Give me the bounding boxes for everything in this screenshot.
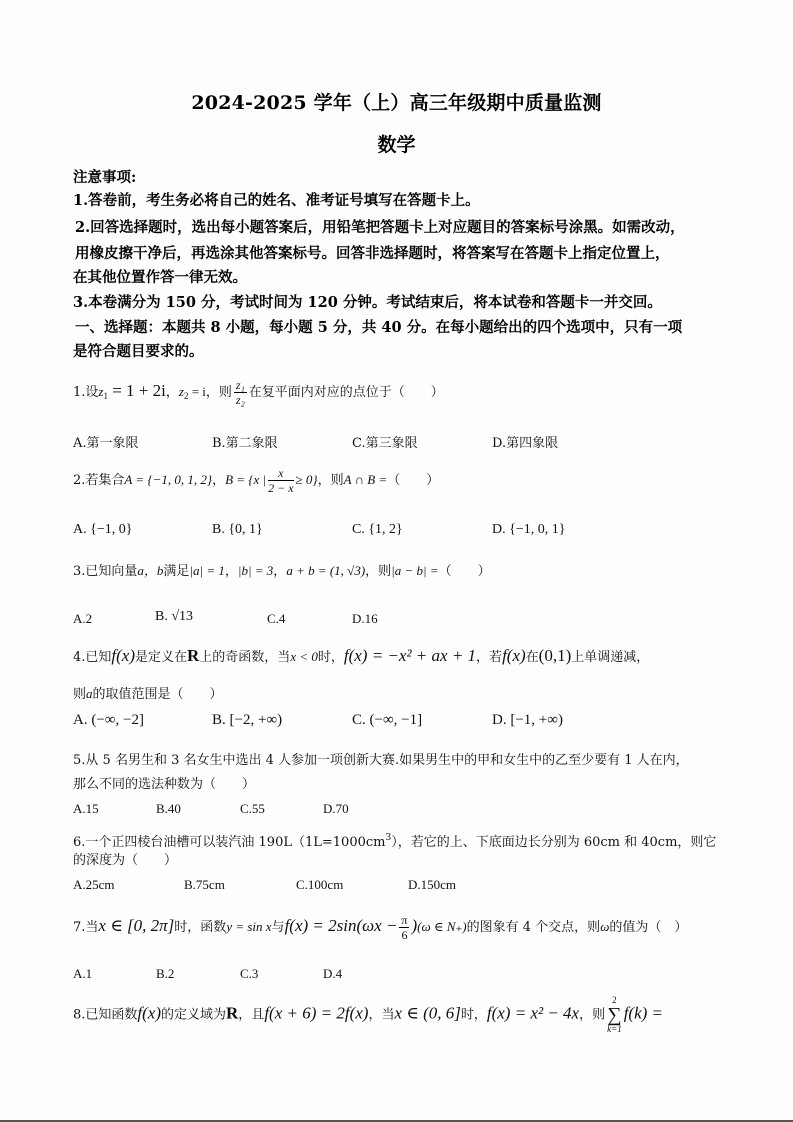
fraction-pi-over-6: π6 — [399, 913, 409, 942]
question-5: 5.从 5 名男生和 3 名女生中选出 4 人参加一项创新大赛.如果男生中的甲和… — [73, 751, 689, 771]
q4-option-b[interactable]: B. [−2, +∞) — [212, 712, 282, 729]
exam-title: 2024-2025 学年（上）高三年级期中质量监测 — [0, 88, 793, 115]
q5-option-c[interactable]: C.55 — [240, 801, 265, 817]
notice-item-2: 2.回答选择题时，选出每小题答案后，用铅笔把答题卡上对应题目的答案标号涂黑。如需… — [75, 218, 685, 238]
notice-item-2-cont: 用橡皮擦干净后，再选涂其他答案标号。回答非选择题时，将答案写在答题卡上指定位置上… — [75, 244, 670, 264]
fraction-x-over-2-minus-x: x2 − x — [268, 466, 293, 495]
q1-option-a[interactable]: A.第一象限 — [73, 432, 139, 451]
question-5-cont: 那么不同的选法种数为（ ） — [73, 775, 255, 795]
question-7: 7.当x ∈ [0, 2π]时，函数y = sin x与f(x) = 2sin(… — [73, 913, 687, 942]
q3-option-d[interactable]: D.16 — [352, 611, 378, 627]
notice-heading: 注意事项: — [73, 168, 136, 188]
q1-option-c[interactable]: C.第三象限 — [352, 432, 418, 451]
q4-option-c[interactable]: C. (−∞, −1] — [352, 712, 422, 729]
q6-option-a[interactable]: A.25cm — [73, 877, 115, 893]
q2-option-a[interactable]: A. {−1, 0} — [73, 522, 132, 538]
question-2: 2.若集合A = {−1, 0, 1, 2}，B = {x |x2 − x≥ 0… — [73, 466, 439, 495]
q3-option-c[interactable]: C.4 — [267, 611, 285, 627]
notice-item-1: 1.答卷前，考生务必将自己的姓名、准考证号填写在答题卡上。 — [73, 191, 480, 211]
q6-option-d[interactable]: D.150cm — [408, 877, 456, 893]
exam-subject: 数学 — [0, 130, 793, 157]
fraction-z1-over-z2: z₁z₂ — [234, 378, 247, 407]
q6-option-b[interactable]: B.75cm — [184, 877, 225, 893]
section-heading-cont: 是符合题目要求的。 — [73, 342, 204, 362]
q5-option-d[interactable]: D.70 — [323, 801, 349, 817]
q2-option-b[interactable]: B. {0, 1} — [212, 522, 263, 538]
summation: 2∑k=1 — [607, 995, 622, 1035]
q1-option-b[interactable]: B.第二象限 — [212, 432, 278, 451]
q7-option-c[interactable]: C.3 — [240, 966, 258, 982]
section-heading: 一、选择题：本题共 8 小题，每小题 5 分，共 40 分。在每小题给出的四个选… — [75, 318, 682, 338]
q2-option-d[interactable]: D. {−1, 0, 1} — [492, 522, 565, 538]
question-4-cont: 则a的取值范围是（ ） — [73, 684, 223, 705]
q7-option-a[interactable]: A.1 — [73, 966, 92, 982]
question-4: 4.已知f(x)是定义在R上的奇函数，当x < 0时，f(x) = −x² + … — [73, 646, 649, 668]
notice-item-2-cont2: 在其他位置作答一律无效。 — [73, 268, 247, 288]
question-6-cont: 的深度为（ ） — [73, 851, 177, 871]
q5-option-a[interactable]: A.15 — [73, 801, 99, 817]
q5-option-b[interactable]: B.40 — [156, 801, 181, 817]
q3-option-b[interactable]: B. √13 — [155, 609, 193, 625]
q2-option-c[interactable]: C. {1, 2} — [352, 522, 403, 538]
q3-option-a[interactable]: A.2 — [73, 611, 92, 627]
q6-option-c[interactable]: C.100cm — [296, 877, 343, 893]
question-3: 3.已知向量a，b满足|a| = 1，|b| = 3，a + b = (1, √… — [73, 561, 491, 582]
notice-item-3: 3.本卷满分为 150 分，考试时间为 120 分钟。考试结束后，将本试卷和答题… — [73, 293, 662, 313]
question-1: 1.设z1 = 1 + 2i，z2 = i，则z₁z₂在复平面内对应的点位于（ … — [73, 378, 444, 407]
question-8: 8.已知函数f(x)的定义域为R，且f(x + 6) = 2f(x)，当x ∈ … — [73, 995, 663, 1035]
q7-option-b[interactable]: B.2 — [156, 966, 174, 982]
exam-page: 2024-2025 学年（上）高三年级期中质量监测 数学 注意事项: 1.答卷前… — [0, 0, 793, 1122]
q1-option-d[interactable]: D.第四象限 — [492, 432, 558, 451]
q4-option-a[interactable]: A. (−∞, −2] — [73, 712, 144, 729]
question-6: 6.一个正四棱台油槽可以装汽油 190L（1L=1000cm3），若它的上、下底… — [73, 828, 716, 853]
q4-option-d[interactable]: D. [−1, +∞) — [492, 712, 563, 729]
q7-option-d[interactable]: D.4 — [323, 966, 342, 982]
